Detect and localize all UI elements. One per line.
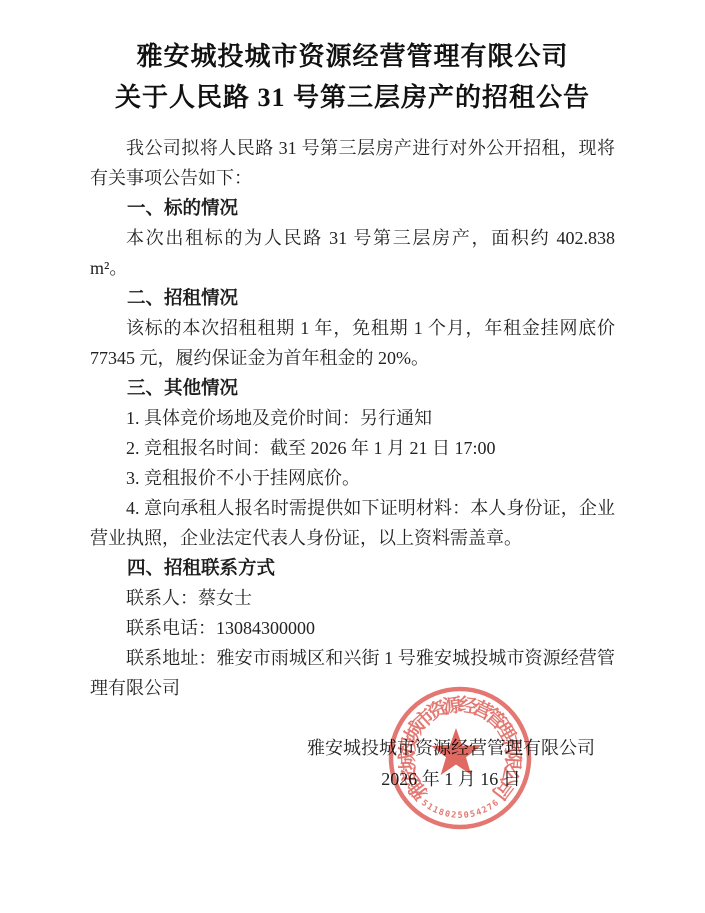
section-1-heading: 一、标的情况 bbox=[90, 193, 615, 223]
document-title: 雅安城投城市资源经营管理有限公司 关于人民路 31 号第三层房产的招租公告 bbox=[0, 0, 705, 118]
section-2-heading: 二、招租情况 bbox=[90, 283, 615, 313]
svg-text:4: 4 bbox=[475, 807, 483, 818]
svg-text:7: 7 bbox=[486, 802, 496, 813]
svg-text:5: 5 bbox=[419, 798, 429, 809]
section-3-item-2: 2. 竞租报名时间：截至 2026 年 1 月 21 日 17:00 bbox=[90, 433, 615, 463]
section-3-heading: 三、其他情况 bbox=[90, 373, 615, 403]
section-2-paragraph-1: 该标的本次招租租期 1 年，免租期 1 个月，年租金挂网底价 77345 元，履… bbox=[90, 313, 615, 373]
contact-phone-line: 联系电话：13084300000 bbox=[90, 613, 615, 643]
section-3-item-3: 3. 竞租报价不小于挂网底价。 bbox=[90, 463, 615, 493]
svg-text:1: 1 bbox=[425, 802, 435, 813]
document-title-line-2: 关于人民路 31 号第三层房产的招租公告 bbox=[0, 77, 705, 118]
svg-text:2: 2 bbox=[451, 810, 457, 821]
announcement-document: 雅安城投城市资源经营管理有限公司 关于人民路 31 号第三层房产的招租公告 我公… bbox=[0, 0, 705, 913]
svg-text:8: 8 bbox=[437, 807, 445, 818]
svg-text:2: 2 bbox=[480, 805, 489, 816]
section-1-paragraph-1: 本次出租标的为人民路 31 号第三层房产，面积约 402.838 m²。 bbox=[90, 223, 615, 283]
svg-text:管: 管 bbox=[481, 704, 511, 734]
svg-text:5: 5 bbox=[457, 811, 462, 821]
svg-text:1: 1 bbox=[431, 805, 440, 816]
document-body: 我公司拟将人民路 31 号第三层房产进行对外公开招租，现将有关事项公告如下： 一… bbox=[90, 133, 615, 703]
svg-text:市: 市 bbox=[410, 704, 440, 734]
svg-text:0: 0 bbox=[444, 809, 451, 820]
contact-person-line: 联系人：蔡女士 bbox=[90, 583, 615, 613]
document-title-line-1: 雅安城投城市资源经营管理有限公司 bbox=[0, 36, 705, 77]
signature-date: 2026 年 1 月 16 日 bbox=[305, 764, 597, 795]
section-3-item-1: 1. 具体竞价场地及竞价时间：另行通知 bbox=[90, 403, 615, 433]
svg-text:6: 6 bbox=[491, 798, 501, 809]
section-3-item-4: 4. 意向承租人报名时需提供如下证明材料：本人身份证，企业营业执照，企业法定代表… bbox=[90, 493, 615, 553]
svg-text:0: 0 bbox=[463, 810, 469, 821]
signature-block: 雅安城投城市资源经营管理有限公司 2026 年 1 月 16 日 bbox=[305, 733, 597, 795]
contact-address-line: 联系地址：雅安市雨城区和兴街 1 号雅安城投城市资源经营管理有限公司 bbox=[90, 643, 615, 703]
signature-company: 雅安城投城市资源经营管理有限公司 bbox=[305, 733, 597, 764]
seal-serial-number: 5118025054276 bbox=[419, 798, 501, 821]
section-4-heading: 四、招租联系方式 bbox=[90, 553, 615, 583]
intro-paragraph: 我公司拟将人民路 31 号第三层房产进行对外公开招租，现将有关事项公告如下： bbox=[90, 133, 615, 193]
svg-text:5: 5 bbox=[469, 809, 476, 820]
